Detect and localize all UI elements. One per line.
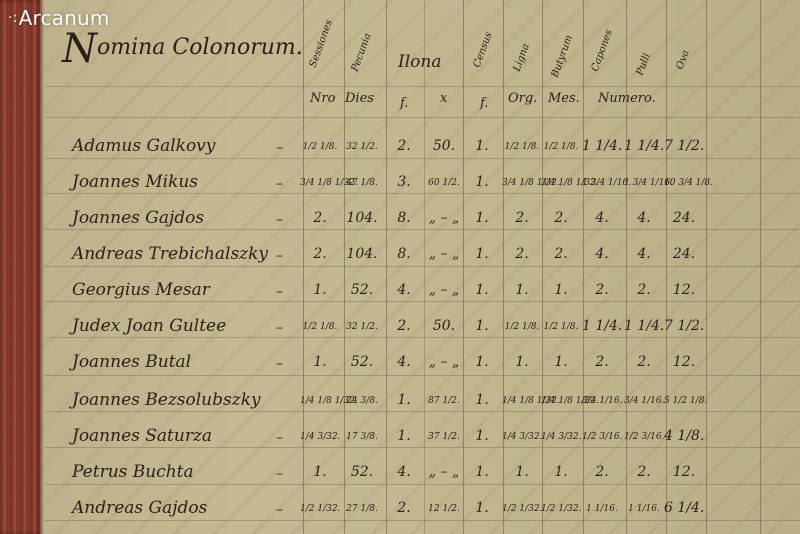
grid-line: [44, 86, 800, 87]
ledger-cell: 1.: [384, 392, 424, 408]
column-header: Ilona: [398, 52, 441, 72]
colonist-name: Joannes Mikus: [72, 172, 198, 192]
ledger-cell: 1.: [462, 174, 502, 190]
ledger-cell: 3/4 1/16.: [624, 396, 664, 406]
ledger-cell: 1/4 3/32.: [502, 432, 542, 442]
ledger-cell: 104.: [342, 246, 382, 262]
ledger-cell: 1 3/4 1/16.: [582, 178, 622, 188]
ledger-title: Nomina Colonorum.: [62, 26, 303, 72]
ledger-cell: 52.: [342, 282, 382, 298]
ledger-cell: „ – „: [424, 464, 464, 480]
row-dash: –: [276, 248, 283, 264]
ledger-cell: 2.: [541, 210, 581, 226]
ledger-cell: 2.: [582, 464, 622, 480]
ledger-cell: 2.: [582, 354, 622, 370]
ledger-cell: 12 1/2.: [424, 504, 464, 514]
ledger-cell: 7 1/2.: [664, 138, 704, 154]
ledger-cell: 1/2 1/32.: [300, 504, 340, 514]
ledger-cell: 1.: [300, 464, 340, 480]
ledger-cell: 1.: [541, 282, 581, 298]
grid-line: [542, 0, 543, 534]
sub-header: Org.: [508, 91, 537, 106]
ledger-cell: 32 1/2.: [342, 142, 382, 152]
ledger-cell: 27 1/8.: [342, 504, 382, 514]
ledger-cell: 2.: [384, 138, 424, 154]
ink-bleed-texture: [0, 0, 800, 534]
row-dash: –: [276, 284, 283, 300]
grid-line: [44, 337, 800, 338]
ledger-cell: 1.: [462, 210, 502, 226]
ledger-cell: 3/4 1/8 1/32.: [541, 178, 581, 188]
ledger-cell: 4.: [624, 246, 664, 262]
colonist-name: Adamus Galkovy: [72, 136, 215, 156]
row-dash: –: [276, 356, 283, 372]
ledger-cell: „ – „: [424, 246, 464, 262]
title-text: omina Colonorum.: [97, 35, 303, 60]
ledger-cell: 1.: [502, 464, 542, 480]
ledger-cell: 2.: [384, 318, 424, 334]
ledger-cell: „ – „: [424, 210, 464, 226]
ledger-cell: 1 1/16.: [582, 504, 622, 514]
ledger-cell: 2.: [624, 354, 664, 370]
grid-line: [44, 229, 800, 230]
ledger-cell: 1.: [300, 354, 340, 370]
ledger-cell: 47 1/8.: [342, 178, 382, 188]
ledger-cell: 2.: [582, 282, 622, 298]
ledger-cell: 2.: [384, 500, 424, 516]
ledger-cell: 60 1/2.: [424, 178, 464, 188]
ledger-cell: 12.: [664, 282, 704, 298]
ledger-cell: 2.: [300, 210, 340, 226]
ledger-cell: 1.: [502, 354, 542, 370]
ledger-cell: 1/2 1/8.: [300, 142, 340, 152]
row-dash: –: [276, 212, 283, 228]
ledger-cell: 4.: [582, 246, 622, 262]
grid-line: [44, 447, 800, 448]
logo-text: Arcanum: [19, 6, 110, 30]
row-dash: –: [276, 176, 283, 192]
grid-line: [666, 0, 667, 534]
colonist-name: Petrus Buchta: [72, 462, 194, 482]
ledger-cell: 1/4 3/32.: [541, 432, 581, 442]
grid-line: [760, 0, 761, 534]
ledger-cell: 1/4 3/32.: [300, 432, 340, 442]
ledger-cell: 1.: [462, 392, 502, 408]
ledger-cell: 1/2 1/8.: [502, 142, 542, 152]
ledger-cell: 24.: [664, 246, 704, 262]
sub-header: Mes.: [548, 91, 580, 106]
row-dash: –: [276, 502, 283, 518]
ledger-cell: 8.: [384, 210, 424, 226]
row-dash: –: [276, 430, 283, 446]
grid-line: [503, 0, 504, 534]
ledger-cell: 1.: [462, 354, 502, 370]
ledger-cell: „ – „: [424, 354, 464, 370]
row-dash: –: [276, 466, 283, 482]
ledger-cell: 2.: [300, 246, 340, 262]
ledger-cell: 50.: [424, 138, 464, 154]
ledger-cell: 5 1/2 1/8.: [664, 396, 704, 406]
ledger-cell: 3/4 1/16.: [582, 396, 622, 406]
ledger-cell: 37 1/2.: [424, 432, 464, 442]
colonist-name: Joannes Butal: [72, 352, 191, 372]
ledger-cell: 4 1/8.: [664, 428, 704, 444]
ledger-cell: 10 3/4 1/8.: [664, 178, 704, 188]
ledger-cell: 3.: [384, 174, 424, 190]
grid-line: [626, 0, 627, 534]
arcanum-watermark: ·:Arcanum: [8, 6, 110, 30]
ledger-cell: 24.: [664, 210, 704, 226]
ledger-cell: 4.: [624, 210, 664, 226]
ledger-cell: 1/2 3/16.: [624, 432, 664, 442]
ledger-cell: 1.: [462, 464, 502, 480]
colonist-name: Joannes Bezsolubszky: [72, 390, 261, 410]
grid-line: [44, 193, 800, 194]
ledger-cell: 50.: [424, 318, 464, 334]
colonist-name: Joannes Saturza: [72, 426, 212, 446]
ledger-page: Nomina Colonorum. Sessiones Pecunia Ilon…: [0, 0, 800, 534]
ledger-cell: 1.: [462, 282, 502, 298]
ledger-cell: 12.: [664, 354, 704, 370]
ledger-cell: 1.: [462, 138, 502, 154]
ledger-cell: 1/2 1/8.: [541, 142, 581, 152]
ledger-cell: 2.: [624, 464, 664, 480]
ledger-cell: 1 1/4.: [582, 318, 622, 334]
grid-line: [44, 158, 800, 159]
ledger-cell: 1/2 1/32.: [541, 504, 581, 514]
ledger-cell: 17 3/8.: [342, 432, 382, 442]
ledger-cell: „ – „: [424, 282, 464, 298]
ledger-cell: 1/2 1/8.: [541, 322, 581, 332]
ledger-cell: 1.: [300, 282, 340, 298]
sub-header: Nro: [310, 91, 335, 106]
sub-header: Numero.: [598, 91, 656, 106]
ledger-cell: 52.: [342, 354, 382, 370]
ledger-cell: 2.: [502, 246, 542, 262]
row-dash: –: [276, 140, 283, 156]
ledger-cell: 2.: [541, 246, 581, 262]
grid-line: [44, 301, 800, 302]
ledger-cell: 2.: [624, 282, 664, 298]
ledger-cell: 1.: [462, 246, 502, 262]
ledger-cell: 4.: [384, 464, 424, 480]
colonist-name: Joannes Gajdos: [72, 208, 204, 228]
ledger-cell: 1.: [502, 282, 542, 298]
ledger-cell: 1.: [541, 354, 581, 370]
grid-line: [44, 411, 800, 412]
grid-line: [303, 0, 304, 534]
ledger-cell: 6 1/4.: [664, 500, 704, 516]
ledger-cell: 1 1/16.: [624, 504, 664, 514]
grid-line: [44, 375, 800, 376]
ledger-cell: 1/2 1/8.: [300, 322, 340, 332]
ledger-cell: 1/2 1/32.: [502, 504, 542, 514]
grid-line: [386, 0, 387, 534]
ledger-cell: 1 1/4.: [624, 138, 664, 154]
title-initial: N: [62, 26, 97, 72]
ledger-cell: 52.: [342, 464, 382, 480]
ledger-cell: 8.: [384, 246, 424, 262]
grid-line: [424, 0, 425, 534]
ledger-cell: 2.: [502, 210, 542, 226]
ledger-cell: 1/2 3/16.: [582, 432, 622, 442]
ledger-cell: 4.: [384, 282, 424, 298]
ledger-cell: 1 1/4.: [582, 138, 622, 154]
sub-header: x: [440, 91, 447, 106]
ledger-cell: 87 1/2.: [424, 396, 464, 406]
ledger-cell: 1/4 1/8 1/32.: [541, 396, 581, 406]
ledger-cell: 1.: [462, 318, 502, 334]
grid-line: [44, 117, 800, 118]
ledger-cell: 24 3/8.: [342, 396, 382, 406]
ledger-cell: 4.: [582, 210, 622, 226]
ledger-cell: 1/4 1/8 1/32.: [300, 396, 340, 406]
ledger-cell: 1.: [462, 428, 502, 444]
ledger-cell: 7 1/2.: [664, 318, 704, 334]
ledger-cell: 1/4 1/8 1/32.: [502, 396, 542, 406]
colonist-name: Andreas Trebichalszky: [72, 244, 268, 264]
grid-line: [344, 0, 345, 534]
ledger-cell: 3/4 1/8 1/32.: [300, 178, 340, 188]
ledger-cell: 4.: [384, 354, 424, 370]
grid-line: [44, 520, 800, 521]
colonist-name: Georgius Mesar: [72, 280, 210, 300]
ledger-cell: 32 1/2.: [342, 322, 382, 332]
grid-line: [583, 0, 584, 534]
sub-header: f.: [400, 96, 408, 111]
ledger-cell: 1.: [541, 464, 581, 480]
ledger-cell: 1.: [384, 428, 424, 444]
grid-line: [44, 484, 800, 485]
grid-line: [44, 266, 800, 267]
ledger-cell: 12.: [664, 464, 704, 480]
colonist-name: Andreas Gajdos: [72, 498, 207, 518]
sub-header: Dies: [345, 91, 374, 106]
logo-dots-icon: ·:: [8, 10, 18, 26]
sub-header: f.: [480, 96, 488, 111]
row-dash: –: [276, 320, 283, 336]
grid-line: [463, 0, 464, 534]
ledger-cell: 1/2 1/8.: [502, 322, 542, 332]
ledger-cell: 104.: [342, 210, 382, 226]
ledger-cell: 1 1/4.: [624, 318, 664, 334]
grid-line: [706, 0, 707, 534]
ledger-cell: 1 3/4 1/16.: [624, 178, 664, 188]
colonist-name: Judex Joan Gultee: [72, 316, 226, 336]
ledger-cell: 3/4 1/8 1/32.: [502, 178, 542, 188]
ledger-cell: 1.: [462, 500, 502, 516]
